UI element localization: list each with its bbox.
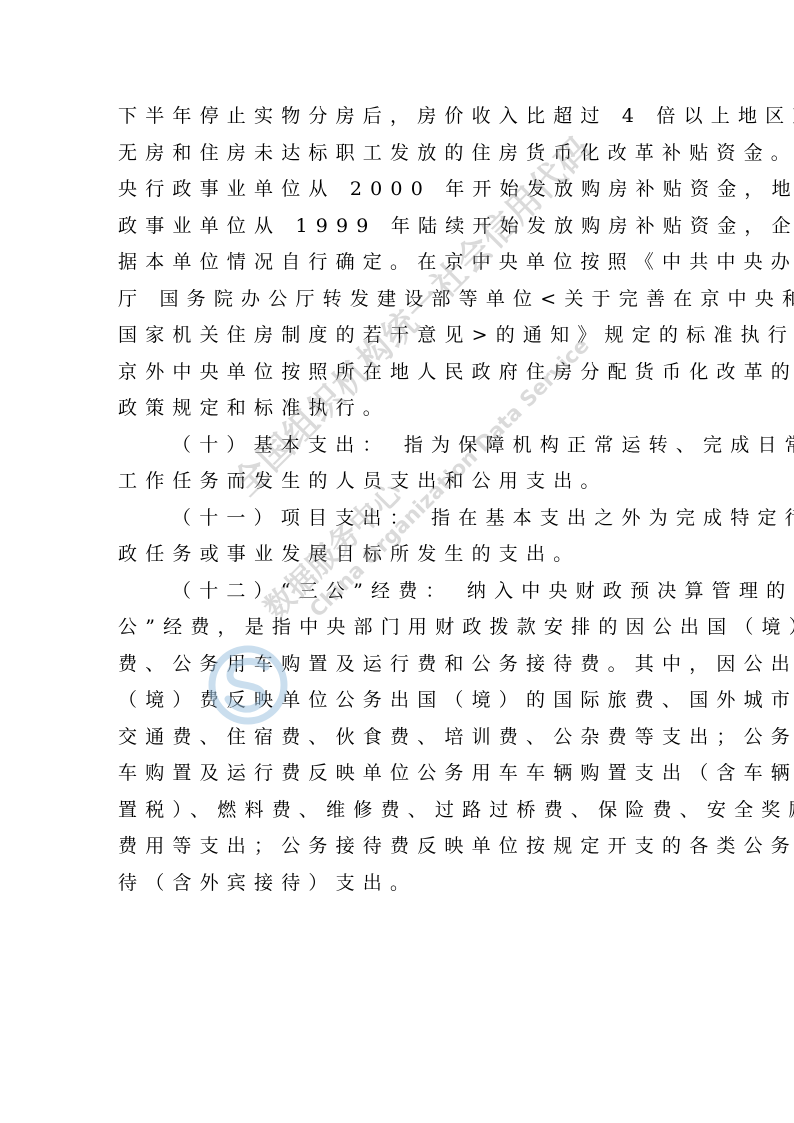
text-line: 费、公务用车购置及运行费和公务接待费。其中，因公出国 xyxy=(118,646,666,683)
text-line: 国家机关住房制度的若干意见>的通知》规定的标准执行， xyxy=(118,317,666,354)
text-line: 据本单位情况自行确定。在京中央单位按照《中共中央办公 xyxy=(118,244,666,281)
paragraph-basic-expenditure: （十）基本支出： 指为保障机构正常运转、完成日常 工作任务而发生的人员支出和公用… xyxy=(118,427,666,500)
text-line: （十一）项目支出： 指在基本支出之外为完成特定行 xyxy=(118,500,666,537)
text-line: 政事业单位从 1999 年陆续开始发放购房补贴资金，企业根 xyxy=(118,208,666,245)
text-line: 工作任务而发生的人员支出和公用支出。 xyxy=(118,463,666,500)
paragraph-project-expenditure: （十一）项目支出： 指在基本支出之外为完成特定行 政任务或事业发展目标所发生的支… xyxy=(118,500,666,573)
text-line: 费用等支出；公务接待费反映单位按规定开支的各类公务接 xyxy=(118,828,666,865)
text-line: 交通费、住宿费、伙食费、培训费、公杂费等支出；公务用 xyxy=(118,719,666,756)
text-line: 待（含外宾接待）支出。 xyxy=(118,865,666,902)
text-line: 政策规定和标准执行。 xyxy=(118,390,666,427)
text-line: 置税）、燃料费、维修费、过路过桥费、保险费、安全奖励 xyxy=(118,792,666,829)
text-line: 京外中央单位按照所在地人民政府住房分配货币化改革的 xyxy=(118,354,666,391)
paragraph-three-public-expenses: （十二）“三公”经费： 纳入中央财政预决算管理的“三 公”经费，是指中央部门用财… xyxy=(118,573,666,902)
text-line: 无房和住房未达标职工发放的住房货币化改革补贴资金。中 xyxy=(118,135,666,172)
text-line: 央行政事业单位从 2000 年开始发放购房补贴资金，地方行 xyxy=(118,171,666,208)
text-line: 车购置及运行费反映单位公务用车车辆购置支出（含车辆购 xyxy=(118,755,666,792)
text-line: （十）基本支出： 指为保障机构正常运转、完成日常 xyxy=(118,427,666,464)
document-page: 下半年停止实物分房后，房价收入比超过 4 倍以上地区对 无房和住房未达标职工发放… xyxy=(0,0,794,1123)
document-body: 下半年停止实物分房后，房价收入比超过 4 倍以上地区对 无房和住房未达标职工发放… xyxy=(118,98,666,901)
text-line: （境）费反映单位公务出国（境）的国际旅费、国外城市间 xyxy=(118,682,666,719)
paragraph-housing-subsidy: 下半年停止实物分房后，房价收入比超过 4 倍以上地区对 无房和住房未达标职工发放… xyxy=(118,98,666,427)
text-line: 下半年停止实物分房后，房价收入比超过 4 倍以上地区对 xyxy=(118,98,666,135)
text-line: 公”经费，是指中央部门用财政拨款安排的因公出国（境） xyxy=(118,609,666,646)
text-line: 厅 国务院办公厅转发建设部等单位<关于完善在京中央和 xyxy=(118,281,666,318)
text-line: 政任务或事业发展目标所发生的支出。 xyxy=(118,536,666,573)
text-line: （十二）“三公”经费： 纳入中央财政预决算管理的“三 xyxy=(118,573,666,610)
